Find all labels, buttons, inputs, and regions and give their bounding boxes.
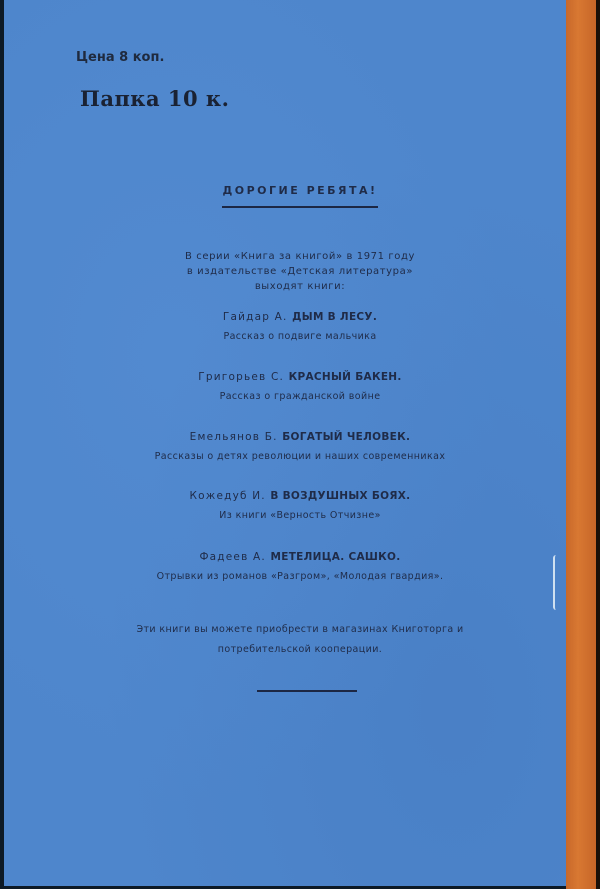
- book-description: Из книги «Верность Отчизне»: [0, 510, 600, 521]
- book-entry: Фадеев А. МЕТЕЛИЦА. САШКО. Отрывки из ро…: [0, 551, 600, 582]
- intro-line: в издательстве «Детская литература»: [0, 264, 600, 279]
- divider-bottom: [257, 690, 357, 692]
- intro-text: В серии «Книга за книгой» в 1971 году в …: [0, 249, 600, 294]
- book-description: Отрывки из романов «Разгром», «Молодая г…: [0, 571, 600, 582]
- divider-top: [222, 206, 378, 208]
- book-entry: Емельянов Б. БОГАТЫЙ ЧЕЛОВЕК. Рассказы о…: [0, 431, 600, 462]
- book-author: Фадеев А.: [199, 551, 266, 563]
- book-title: КРАСНЫЙ БАКЕН.: [289, 371, 402, 383]
- book-description: Рассказ о гражданской войне: [0, 391, 600, 402]
- footer-line: потребительской кооперации.: [0, 640, 600, 660]
- book-entry: Гайдар А. ДЫМ В ЛЕСУ. Рассказ о подвиге …: [0, 311, 600, 342]
- book-author: Кожедуб И.: [190, 490, 266, 502]
- book-title: БОГАТЫЙ ЧЕЛОВЕК.: [282, 431, 410, 443]
- price-label: Цена 8 коп.: [76, 50, 164, 65]
- intro-line: выходят книги:: [0, 279, 600, 294]
- book-description: Рассказ о подвиге мальчика: [0, 331, 600, 342]
- book-author: Григорьев С.: [198, 371, 284, 383]
- book-entry: Кожедуб И. В ВОЗДУШНЫХ БОЯХ. Из книги «В…: [0, 490, 600, 521]
- book-entry: Григорьев С. КРАСНЫЙ БАКЕН. Рассказ о гр…: [0, 371, 600, 402]
- book-title: МЕТЕЛИЦА. САШКО.: [270, 551, 400, 563]
- book-title: В ВОЗДУШНЫХ БОЯХ.: [270, 490, 410, 502]
- book-author: Емельянов Б.: [190, 431, 278, 443]
- heading: ДОРОГИЕ РЕБЯТА!: [0, 184, 600, 197]
- footer-text: Эти книги вы можете приобрести в магазин…: [0, 620, 600, 660]
- book-title: ДЫМ В ЛЕСУ.: [292, 311, 377, 323]
- book-description: Рассказы о детях революции и наших совре…: [0, 451, 600, 462]
- footer-line: Эти книги вы можете приобрести в магазин…: [0, 620, 600, 640]
- book-author: Гайдар А.: [223, 311, 288, 323]
- intro-line: В серии «Книга за книгой» в 1971 году: [0, 249, 600, 264]
- price-stamp: Папка 10 к.: [80, 86, 229, 111]
